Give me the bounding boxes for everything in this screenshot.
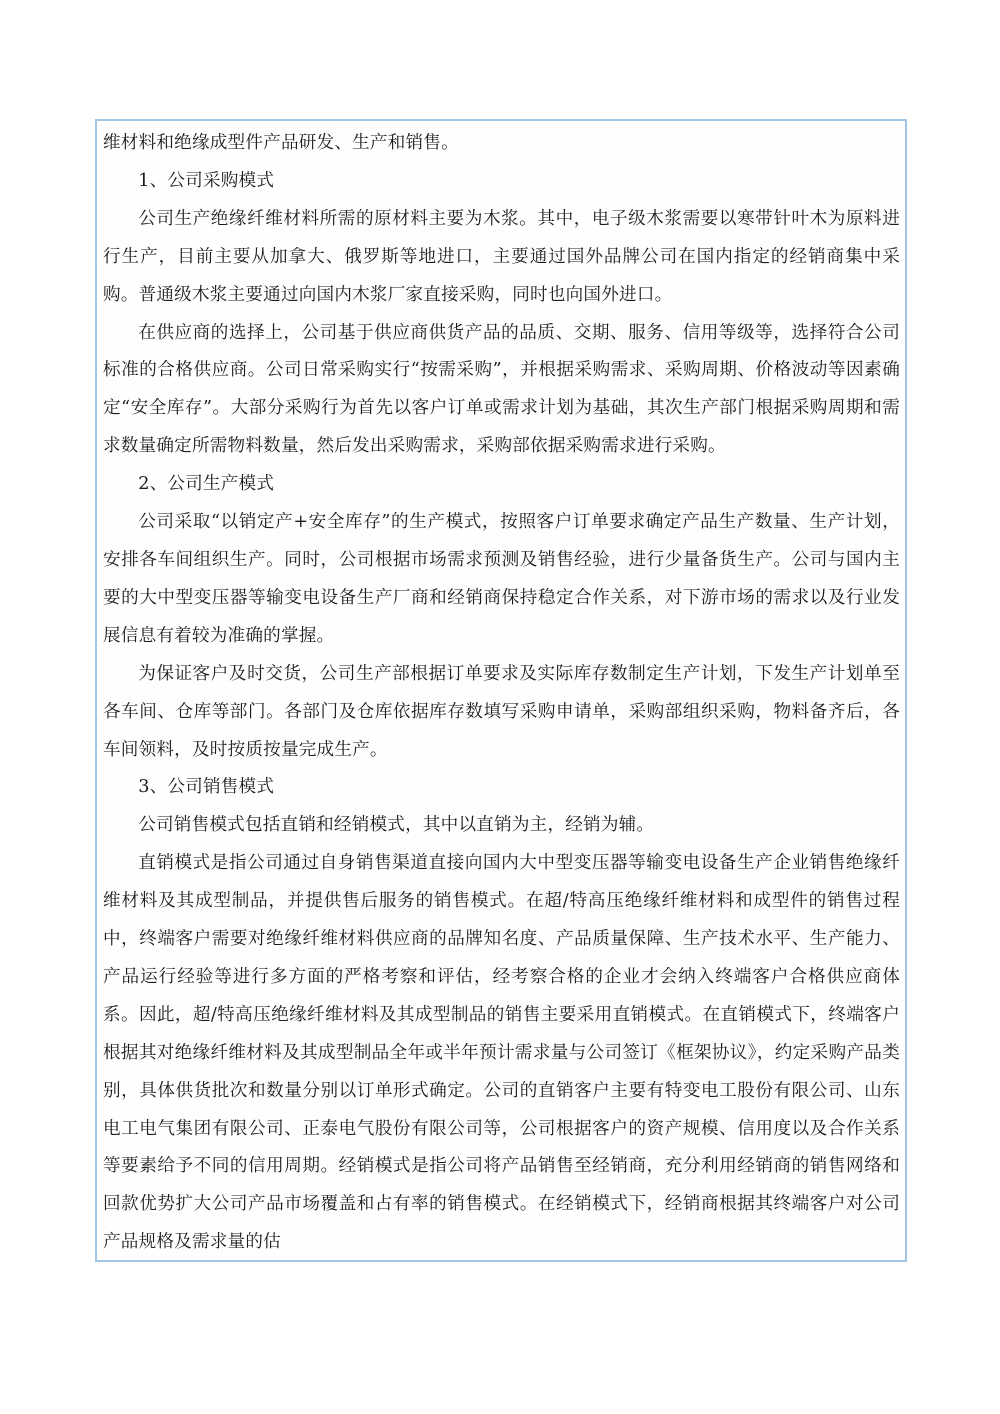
table-cell: 维材料和绝缘成型件产品研发、生产和销售。 1、公司采购模式 公司生产绝缘纤维材料… (95, 119, 907, 1262)
paragraph-continuation: 维材料和绝缘成型件产品研发、生产和销售。 (103, 125, 900, 163)
paragraph-procurement-2: 在供应商的选择上，公司基于供应商供货产品的品质、交期、服务、信用等级等，选择符合… (103, 315, 900, 467)
section-heading-procurement-model: 1、公司采购模式 (103, 163, 900, 201)
paragraph-production-2: 为保证客户及时交货，公司生产部根据订单要求及实际库存数制定生产计划，下发生产计划… (103, 656, 900, 770)
document-page: 维材料和绝缘成型件产品研发、生产和销售。 1、公司采购模式 公司生产绝缘纤维材料… (0, 0, 1000, 1414)
paragraph-production-1: 公司采取“以销定产+安全库存”的生产模式，按照客户订单要求确定产品生产数量、生产… (103, 504, 900, 656)
paragraph-procurement-1: 公司生产绝缘纤维材料所需的原材料主要为木浆。其中，电子级木浆需要以寒带针叶木为原… (103, 201, 900, 315)
section-heading-sales-model: 3、公司销售模式 (103, 769, 900, 807)
paragraph-sales-1: 公司销售模式包括直销和经销模式，其中以直销为主，经销为辅。 (103, 807, 900, 845)
paragraph-sales-2: 直销模式是指公司通过自身销售渠道直接向国内大中型变压器等输变电设备生产企业销售绝… (103, 845, 900, 1262)
section-heading-production-model: 2、公司生产模式 (103, 466, 900, 504)
